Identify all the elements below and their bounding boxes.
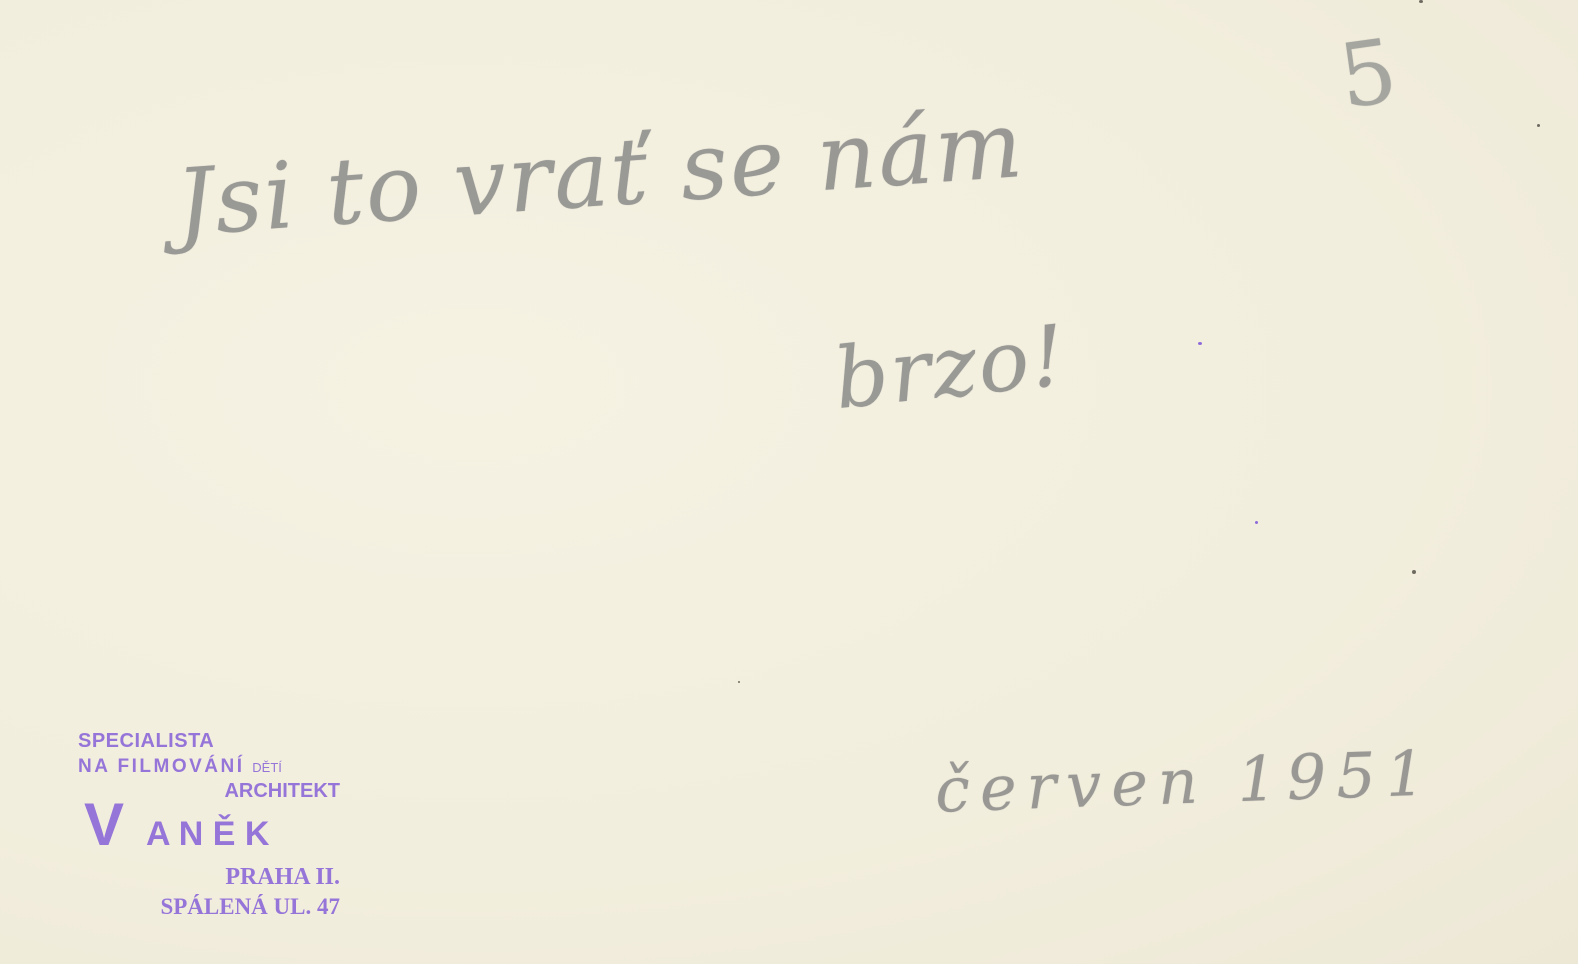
stamp-line-2: NA FILMOVÁNÍ DĚTÍ [78, 756, 282, 778]
stamp-name-rest: A N Ě K [146, 815, 269, 853]
paper-speck [1412, 570, 1416, 574]
paper-speck [1537, 124, 1540, 127]
stamp-address-1: PRAHA II. [225, 864, 340, 891]
paper-speck [1198, 342, 1202, 345]
stamp-address-2: SPÁLENÁ UL. 47 [160, 894, 340, 920]
paper-speck [1419, 0, 1423, 3]
photo-verso: 5 Jsi to vrať se nám brzo! červen 1951 S… [0, 0, 1578, 964]
page-number: 5 [1333, 18, 1405, 128]
inscription-line-2: brzo! [830, 306, 1071, 428]
paper-speck [1255, 521, 1258, 524]
stamp-name-initial: V [84, 791, 124, 858]
photographer-stamp: SPECIALISTA NA FILMOVÁNÍ DĚTÍ ARCHITEKT … [78, 728, 340, 928]
paper-speck [738, 681, 740, 683]
inscription-date: červen 1951 [934, 736, 1436, 826]
inscription-line-1: Jsi to vrať se nám [173, 91, 1028, 257]
stamp-name: VA N Ě K [84, 790, 269, 859]
stamp-line-1: SPECIALISTA [78, 730, 214, 753]
stamp-line-2-small: DĚTÍ [252, 760, 282, 775]
